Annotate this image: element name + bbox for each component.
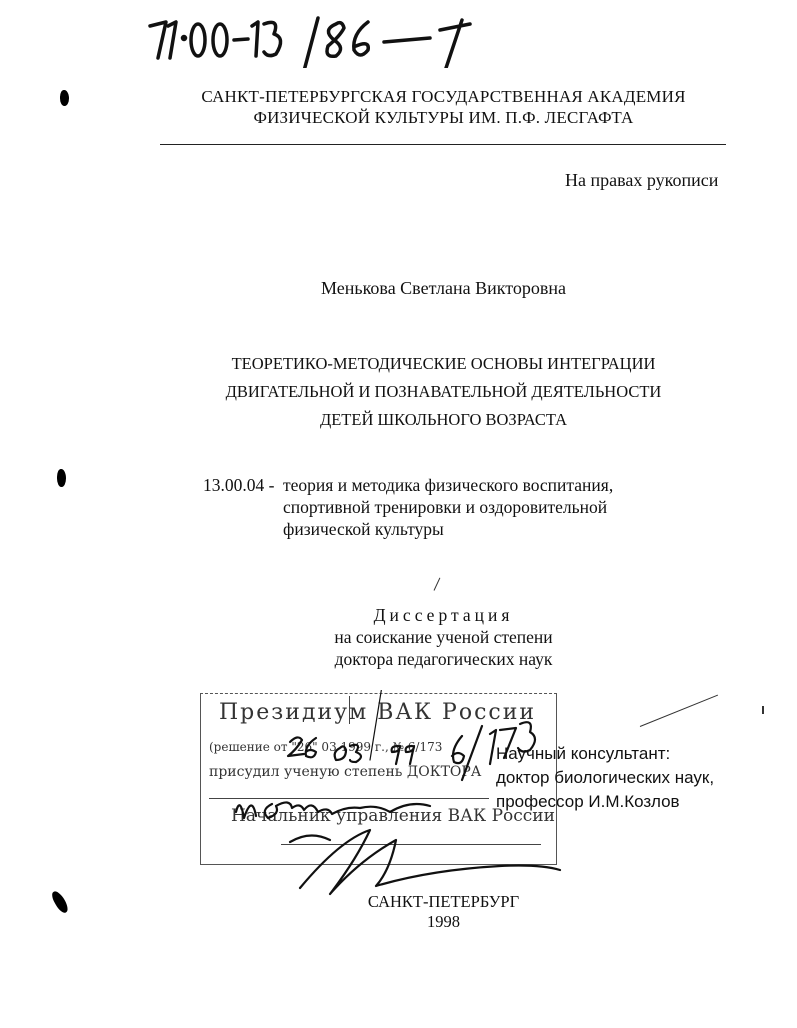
- pen-mark: [434, 578, 441, 591]
- specialty-line-2: спортивной тренировки и оздоровительной: [203, 496, 613, 518]
- author-name: Менькова Светлана Викторовна: [0, 278, 797, 299]
- manuscript-rights-note: На правах рукописи: [565, 170, 718, 191]
- place-and-year: САНКТ-ПЕТЕРБУРГ 1998: [0, 892, 797, 932]
- handwritten-archive-code: 71·00-13/86-X: [140, 8, 540, 68]
- header-divider: [160, 144, 726, 145]
- title-line-2: ДВИГАТЕЛЬНОЙ И ПОЗНАВАТЕЛЬНОЙ ДЕЯТЕЛЬНОС…: [90, 378, 797, 406]
- scientific-consultant: Научный консультант: доктор биологически…: [496, 742, 714, 814]
- dissertation-block: Диссертация на соискание ученой степени …: [0, 604, 797, 670]
- consultant-label: Научный консультант:: [496, 742, 714, 766]
- institution-line-2: ФИЗИЧЕСКОЙ КУЛЬТУРЫ ИМ. П.Ф. ЛЕСГАФТА: [0, 107, 797, 128]
- specialty-line-1: теория и методика физического воспитания…: [283, 475, 613, 495]
- pen-mark: [762, 706, 764, 714]
- title-line-1: ТЕОРЕТИКО-МЕТОДИЧЕСКИЕ ОСНОВЫ ИНТЕГРАЦИИ: [90, 350, 797, 378]
- consultant-name: профессор И.М.Козлов: [496, 790, 714, 814]
- institution-line-1: САНКТ-ПЕТЕРБУРГСКАЯ ГОСУДАРСТВЕННАЯ АКАД…: [0, 86, 797, 107]
- dissertation-heading: Диссертация: [90, 604, 797, 626]
- binding-hole-mark-middle: [57, 469, 66, 487]
- dissertation-line-1: на соискание ученой степени: [90, 626, 797, 648]
- institution-header: САНКТ-ПЕТЕРБУРГСКАЯ ГОСУДАРСТВЕННАЯ АКАД…: [0, 86, 797, 128]
- binding-hole-mark-top: [60, 90, 69, 106]
- specialty-block: 13.00.04 -теория и методика физического …: [203, 474, 613, 540]
- year: 1998: [90, 912, 797, 932]
- dissertation-line-2: доктора педагогических наук: [90, 648, 797, 670]
- pen-mark: [640, 695, 718, 727]
- specialty-code: 13.00.04 -: [203, 474, 283, 496]
- consultant-degree: доктор биологических наук,: [496, 766, 714, 790]
- specialty-line-3: физической культуры: [203, 518, 613, 540]
- city: САНКТ-ПЕТЕРБУРГ: [90, 892, 797, 912]
- title-line-3: ДЕТЕЙ ШКОЛЬНОГО ВОЗРАСТА: [90, 406, 797, 434]
- dissertation-title: ТЕОРЕТИКО-МЕТОДИЧЕСКИЕ ОСНОВЫ ИНТЕГРАЦИИ…: [0, 350, 797, 434]
